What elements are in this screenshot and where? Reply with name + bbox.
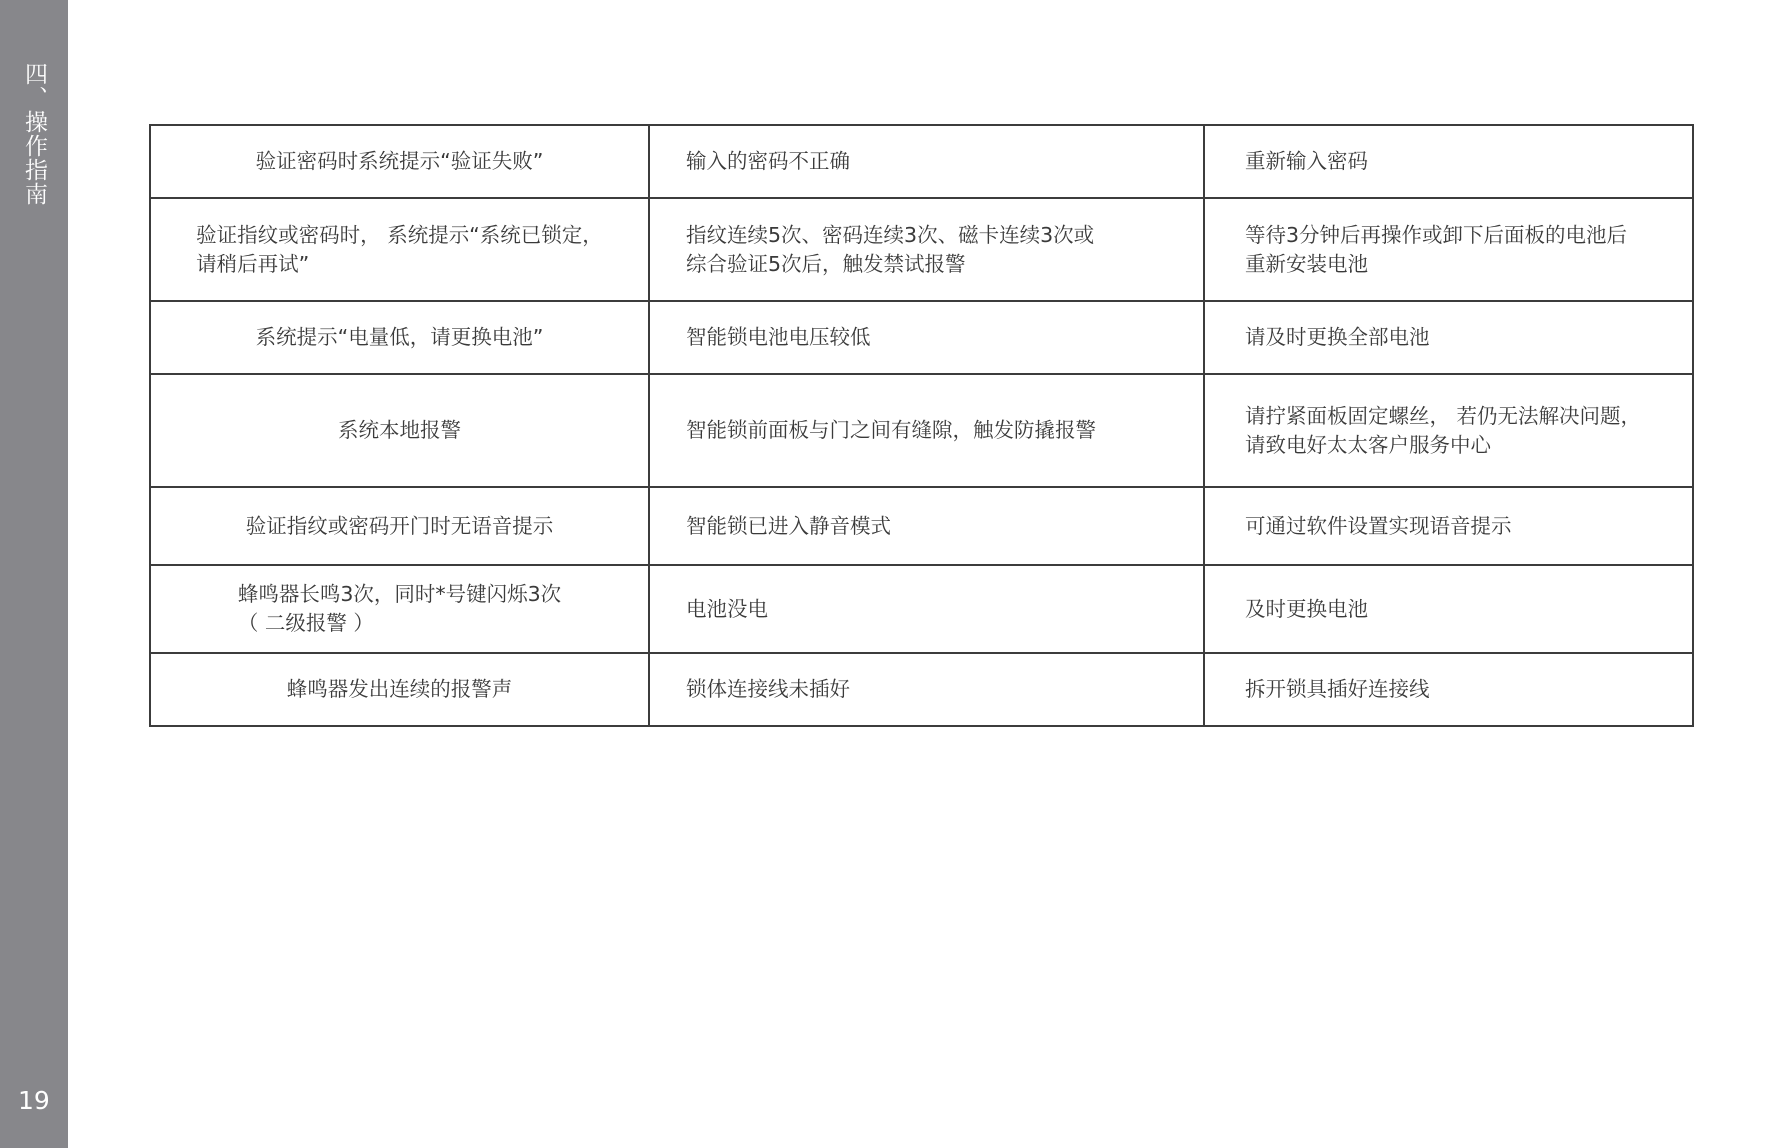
cause-cell: 指纹连续5次、密码连续3次、磁卡连续3次或综合验证5次后，触发禁试报警 (649, 198, 1204, 301)
page-number: 19 (18, 1086, 50, 1115)
cause-cell: 智能锁前面板与门之间有缝隙，触发防撬报警 (649, 374, 1204, 487)
solution-cell: 等待3分钟后再操作或卸下后面板的电池后重新安装电池 (1204, 198, 1693, 301)
troubleshooting-table: 验证密码时系统提示“验证失败” 输入的密码不正确 重新输入密码 验证指纹或密码时… (149, 124, 1694, 727)
symptom-cell: 蜂鸣器发出连续的报警声 (150, 653, 649, 726)
symptom-cell: 验证密码时系统提示“验证失败” (150, 125, 649, 198)
table-row: 验证指纹或密码时， 系统提示“系统已锁定，请稍后再试” 指纹连续5次、密码连续3… (150, 198, 1693, 301)
solution-cell: 请及时更换全部电池 (1204, 301, 1693, 374)
symptom-cell: 系统提示“电量低，请更换电池” (150, 301, 649, 374)
table-row: 蜂鸣器发出连续的报警声 锁体连接线未插好 拆开锁具插好连接线 (150, 653, 1693, 726)
table-row: 系统提示“电量低，请更换电池” 智能锁电池电压较低 请及时更换全部电池 (150, 301, 1693, 374)
table-row: 系统本地报警 智能锁前面板与门之间有缝隙，触发防撬报警 请拧紧面板固定螺丝， 若… (150, 374, 1693, 487)
symptom-cell: 验证指纹或密码时， 系统提示“系统已锁定，请稍后再试” (150, 198, 649, 301)
symptom-cell: 验证指纹或密码开门时无语音提示 (150, 487, 649, 565)
solution-cell: 重新输入密码 (1204, 125, 1693, 198)
table-row: 验证指纹或密码开门时无语音提示 智能锁已进入静音模式 可通过软件设置实现语音提示 (150, 487, 1693, 565)
solution-cell: 请拧紧面板固定螺丝， 若仍无法解决问题，请致电好太太客户服务中心 (1204, 374, 1693, 487)
cause-cell: 智能锁已进入静音模式 (649, 487, 1204, 565)
table-row: 验证密码时系统提示“验证失败” 输入的密码不正确 重新输入密码 (150, 125, 1693, 198)
solution-cell: 可通过软件设置实现语音提示 (1204, 487, 1693, 565)
cause-cell: 锁体连接线未插好 (649, 653, 1204, 726)
cause-cell: 输入的密码不正确 (649, 125, 1204, 198)
symptom-cell: 蜂鸣器长鸣3次，同时*号键闪烁3次（ 二级报警 ） (150, 565, 649, 653)
symptom-cell: 系统本地报警 (150, 374, 649, 487)
chapter-sidebar: 四、操作指南 19 (0, 0, 68, 1148)
chapter-title: 四、操作指南 (18, 62, 48, 206)
solution-cell: 拆开锁具插好连接线 (1204, 653, 1693, 726)
cause-cell: 电池没电 (649, 565, 1204, 653)
table-row: 蜂鸣器长鸣3次，同时*号键闪烁3次（ 二级报警 ） 电池没电 及时更换电池 (150, 565, 1693, 653)
cause-cell: 智能锁电池电压较低 (649, 301, 1204, 374)
solution-cell: 及时更换电池 (1204, 565, 1693, 653)
